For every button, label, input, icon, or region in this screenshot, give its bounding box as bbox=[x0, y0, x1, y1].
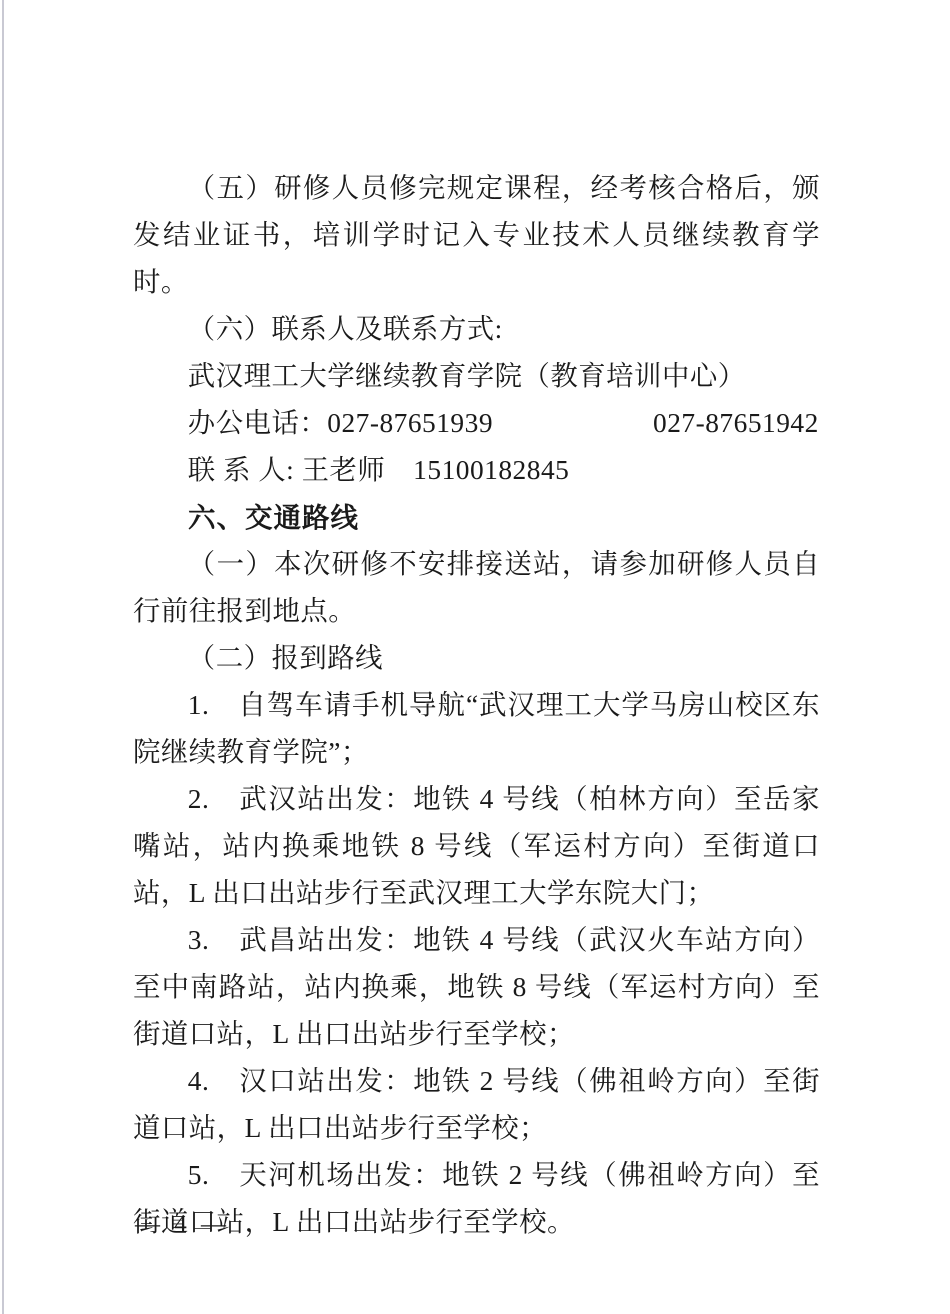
route-item-wuhan-station: 2. 武汉站出发：地铁 4 号线（柏林方向）至岳家嘴站，站内换乘地铁 8 号线（… bbox=[133, 776, 820, 917]
paragraph-registration-route-heading: （二）报到路线 bbox=[133, 635, 820, 682]
phone-line: 办公电话：027-87651939027-87651942 bbox=[133, 400, 820, 447]
page-number: — 4 — bbox=[135, 1210, 230, 1240]
document-body: （五）研修人员修完规定课程，经考核合格后，颁发结业证书，培训学时记入专业技术人员… bbox=[133, 165, 820, 1246]
route-item-wuchang-station: 3. 武昌站出发：地铁 4 号线（武汉火车站方向）至中南路站，站内换乘，地铁 8… bbox=[133, 917, 820, 1058]
document-page: （五）研修人员修完规定课程，经考核合格后，颁发结业证书，培训学时记入专业技术人员… bbox=[0, 0, 950, 1314]
paragraph-no-pickup-notice: （一）本次研修不安排接送站，请参加研修人员自行前往报到地点。 bbox=[133, 541, 820, 635]
paragraph-contact-heading: （六）联系人及联系方式: bbox=[133, 306, 820, 353]
route-item-hankou-station: 4. 汉口站出发：地铁 2 号线（佛祖岭方向）至街道口站，L 出口出站步行至学校… bbox=[133, 1058, 820, 1152]
paragraph-organization-name: 武汉理工大学继续教育学院（教育培训中心） bbox=[133, 353, 820, 400]
section-heading-traffic-routes: 六、交通路线 bbox=[133, 494, 820, 541]
paragraph-certificate: （五）研修人员修完规定课程，经考核合格后，颁发结业证书，培训学时记入专业技术人员… bbox=[133, 165, 820, 306]
route-item-self-driving: 1. 自驾车请手机导航“武汉理工大学马房山校区东院继续教育学院”； bbox=[133, 682, 820, 776]
office-phone-number-2: 027-87651942 bbox=[653, 408, 819, 438]
route-item-tianhe-airport: 5. 天河机场出发：地铁 2 号线（佛祖岭方向）至街道口站，L 出口出站步行至学… bbox=[133, 1152, 820, 1246]
page-left-edge-line bbox=[2, 0, 4, 1314]
office-phone-label-and-number: 办公电话：027-87651939 bbox=[133, 400, 493, 447]
paragraph-contact-person: 联 系 人: 王老师 15100182845 bbox=[133, 447, 820, 494]
